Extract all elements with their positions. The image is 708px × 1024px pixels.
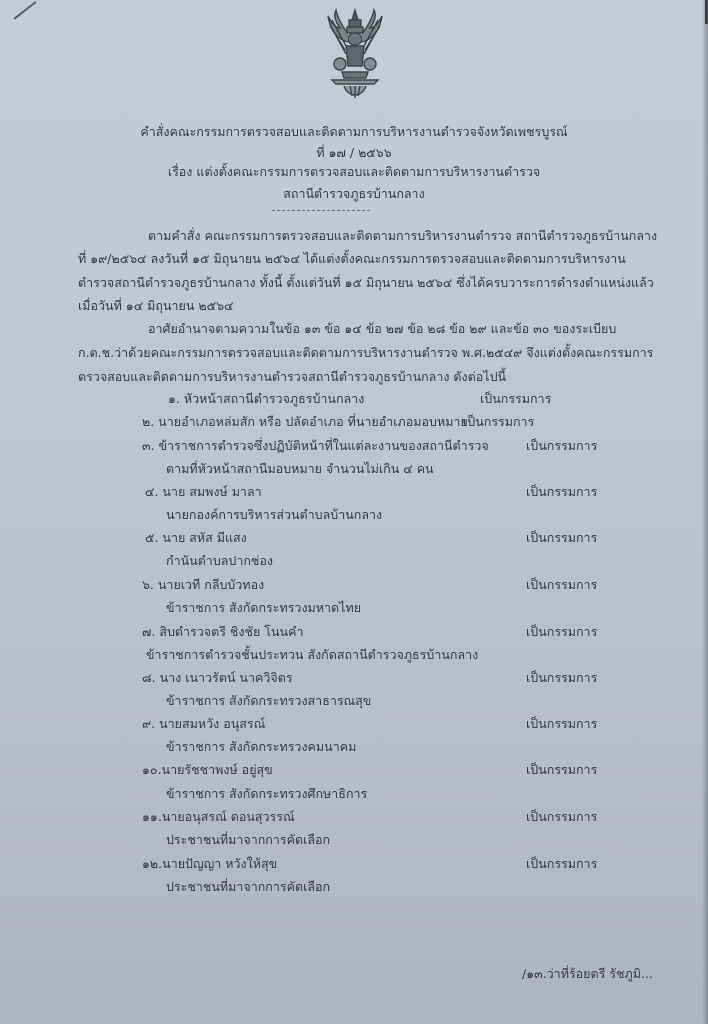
member-name: ๗. สิบตำรวจตรี ชิงชัย โนนคำ	[142, 624, 303, 640]
member-role: เป็นกรรมการ	[480, 391, 551, 407]
member-name: ๔. นาย สมพงษ์ มาลา	[145, 484, 262, 500]
member-detail: ข้าราชการ สังกัดกระทรวงสาธารณสุข	[166, 693, 371, 709]
member-detail: ข้าราชการ สังกัดกระทรวงคมนาคม	[166, 739, 356, 755]
paragraph1-line4: เมื่อวันที่ ๑๔ มิถุนายน ๒๕๖๔	[78, 298, 233, 314]
pen-mark	[13, 1, 36, 20]
member-name: ๙. นายสมหวัง อนุสรณ์	[142, 716, 265, 732]
member-detail: ข้าราชการตำรวจชั้นประทวน สังกัดสถานีตำรว…	[146, 647, 478, 663]
member-name: ๑. หัวหน้าสถานีตำรวจภูธรบ้านกลาง	[168, 391, 364, 407]
member-name: ๕. นาย สหัส มีแสง	[145, 530, 247, 546]
member-name: ๒. นายอำเภอหล่มสัก หรือ ปลัดอำเภอ ที่นาย…	[142, 414, 468, 430]
member-role: เป็นกรรมการ	[526, 624, 597, 640]
member-role: เป็นกรรมการ	[526, 670, 597, 686]
paragraph1-line1: ตามคำสั่ง คณะกรรมการตรวจสอบและติดตามการบ…	[148, 228, 657, 244]
member-role: เป็นกรรมการ	[526, 809, 597, 825]
garuda-emblem-icon	[312, 6, 398, 102]
member-detail: กำนันตำบลปากช่อง	[166, 553, 273, 569]
paragraph2-line1: อาศัยอำนาจตามความในข้อ ๑๓ ข้อ ๑๔ ข้อ ๒๗ …	[148, 321, 616, 337]
order-title: คำสั่งคณะกรรมการตรวจสอบและติดตามการบริหา…	[0, 124, 708, 140]
member-role: เป็นกรรมการ	[526, 856, 597, 872]
member-role: เป็นกรรมการ	[463, 414, 534, 430]
member-detail: ประชาชนที่มาจากการคัดเลือก	[166, 879, 330, 895]
member-role: เป็นกรรมการ	[526, 530, 597, 546]
paragraph2-line3: ตรวจสอบและติดตามการบริหารงานตำรวจสถานีตำ…	[78, 369, 506, 385]
member-role: เป็นกรรมการ	[526, 577, 597, 593]
paragraph2-line2: ก.ต.ช.ว่าด้วยคณะกรรมการตรวจสอบและติดตามก…	[78, 345, 653, 361]
member-name: ๑๒.นายปัญญา หวังให้สุข	[142, 856, 277, 872]
member-name: ๑๐.นายรัชชาพงษ์ อยู่สุข	[142, 762, 273, 778]
paragraph1-line2: ที่ ๑๙/๒๕๖๔ ลงวันที่ ๑๕ มิถุนายน ๒๕๖๔ ได…	[78, 251, 626, 267]
member-name: ๖. นายเวที กลีบบัวทอง	[142, 577, 264, 593]
order-subject-line2: สถานีตำรวจภูธรบ้านกลาง	[0, 186, 708, 202]
member-detail: ตามที่หัวหน้าสถานีมอบหมาย จำนวนไม่เกิน ๔…	[166, 461, 434, 477]
member-name: ๑๑.นายอนุสรณ์ ดอนสุวรรณ์	[142, 809, 295, 825]
member-role: เป็นกรรมการ	[526, 716, 597, 732]
order-number: ที่ ๑๗ / ๒๕๖๖	[0, 145, 708, 161]
continuation-note: /๑๓.ว่าที่ร้อยตรี รัชภูมิ...	[522, 966, 653, 982]
order-subject-line1: เรื่อง แต่งตั้งคณะกรรมการตรวจสอบและติดตา…	[0, 164, 708, 180]
paragraph1-line3: ตำรวจสถานีตำรวจภูธรบ้านกลาง ทั้งนี้ ตั้ง…	[78, 275, 654, 291]
member-name: ๓. ข้าราชการตำรวจซึ่งปฏิบัติหน้าที่ในแต่…	[142, 438, 489, 454]
member-role: เป็นกรรมการ	[526, 484, 597, 500]
header-separator	[272, 210, 370, 211]
member-role: เป็นกรรมการ	[526, 438, 597, 454]
member-detail: นายกองค์การบริหารส่วนตำบลบ้านกลาง	[166, 507, 382, 523]
member-detail: ข้าราชการ สังกัดกระทรวงศึกษาธิการ	[166, 786, 367, 802]
member-detail: ประชาชนที่มาจากการคัดเลือก	[166, 832, 330, 848]
member-name: ๘. นาง เนาวรัตน์ นาควิจิตร	[142, 670, 293, 686]
member-role: เป็นกรรมการ	[526, 762, 597, 778]
member-detail: ข้าราชการ สังกัดกระทรวงมหาดไทย	[166, 600, 361, 616]
